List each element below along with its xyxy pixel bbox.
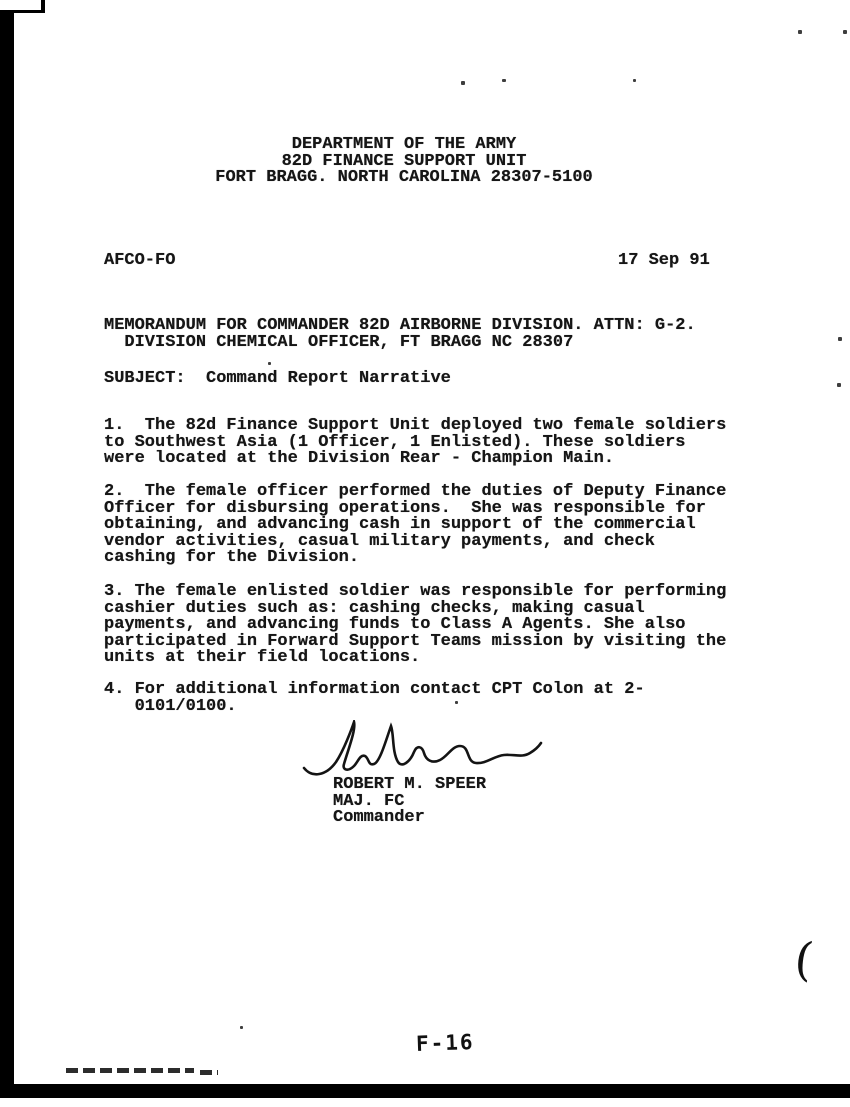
scan-speck — [843, 30, 847, 34]
scan-speck — [240, 1026, 243, 1029]
subject-line: SUBJECT: Command Report Narrative — [104, 371, 451, 388]
date: 17 Sep 91 — [618, 253, 710, 270]
scan-speck — [455, 701, 458, 704]
letterhead: DEPARTMENT OF THE ARMY 82D FINANCE SUPPO… — [215, 137, 593, 187]
signature-block: ROBERT M. SPEER MAJ. FC Commander — [333, 777, 486, 827]
body-paragraph-1: 1. The 82d Finance Support Unit deployed… — [104, 418, 726, 468]
scan-edge-bar-left — [0, 13, 14, 1097]
scan-speck — [268, 362, 271, 365]
scan-speck — [461, 81, 465, 85]
body-paragraph-3: 3. The female enlisted soldier was respo… — [104, 584, 726, 667]
page-number: F-16 — [416, 1030, 475, 1056]
scan-speck — [838, 337, 842, 341]
scanned-memo-page: DEPARTMENT OF THE ARMY 82D FINANCE SUPPO… — [0, 0, 850, 1107]
scan-dash-smudge — [66, 1068, 194, 1073]
memorandum-address: MEMORANDUM FOR COMMANDER 82D AIRBORNE DI… — [104, 318, 696, 351]
letterhead-line-3: FORT BRAGG. NORTH CAROLINA 28307-5100 — [215, 170, 593, 187]
signer-title: Commander — [333, 810, 486, 827]
stray-paren-mark: ( — [792, 935, 815, 983]
scan-speck — [798, 30, 802, 34]
scan-dash-smudge-2 — [200, 1070, 218, 1075]
scan-speck — [633, 79, 636, 82]
scan-corner-notch — [0, 0, 45, 13]
scan-edge-bar-bottom — [0, 1084, 850, 1098]
body-paragraph-2: 2. The female officer performed the duti… — [104, 484, 726, 567]
body-paragraph-4: 4. For additional information contact CP… — [104, 682, 645, 715]
office-symbol: AFCO-FO — [104, 253, 175, 270]
scan-speck — [837, 383, 841, 387]
scan-speck — [502, 79, 506, 82]
